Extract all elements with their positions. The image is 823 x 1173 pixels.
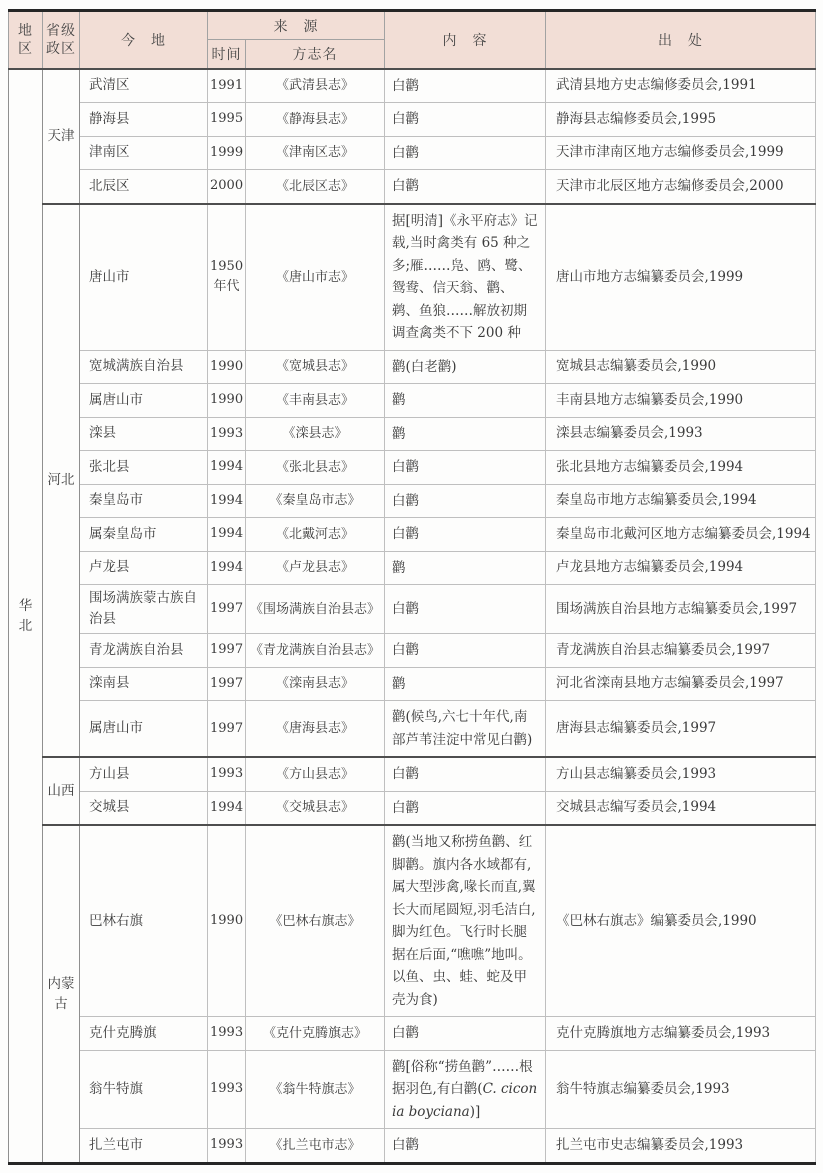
content-cell: 鹳 <box>385 417 546 451</box>
year-cell: 1994 <box>208 791 246 825</box>
gazetteer-name-cell: 《张北县志》 <box>246 451 385 485</box>
table-row: 河北唐山市1950 年代《唐山市志》据[明清]《永平府志》记载,当时禽类有 65… <box>9 204 816 351</box>
gazetteer-name-cell: 《交城县志》 <box>246 791 385 825</box>
year-cell: 1999 <box>208 136 246 170</box>
reference-cell: 交城县志编写委员会,1994 <box>546 791 816 825</box>
place-cell: 属唐山市 <box>80 701 208 758</box>
place-cell: 静海县 <box>80 103 208 137</box>
gazetteer-name-cell: 《扎兰屯市志》 <box>246 1129 385 1164</box>
content-cell: 白鹳 <box>385 451 546 485</box>
year-cell: 1997 <box>208 701 246 758</box>
reference-cell: 扎兰屯市史志编纂委员会,1993 <box>546 1129 816 1164</box>
gazetteer-name-cell: 《津南区志》 <box>246 136 385 170</box>
content-cell: 白鹳 <box>385 170 546 204</box>
reference-cell: 张北县地方志编纂委员会,1994 <box>546 451 816 485</box>
place-cell: 唐山市 <box>80 204 208 351</box>
place-cell: 滦县 <box>80 417 208 451</box>
content-cell: 白鹳 <box>385 585 546 634</box>
gazetteer-name-cell: 《克什克腾旗志》 <box>246 1017 385 1051</box>
gazetteer-name-cell: 《巴林右旗志》 <box>246 825 385 1017</box>
reference-cell: 静海县志编修委员会,1995 <box>546 103 816 137</box>
table-row: 围场满族蒙古族自治县1997《围场满族自治县志》白鹳围场满族自治县地方志编纂委员… <box>9 585 816 634</box>
table-row: 交城县1994《交城县志》白鹳交城县志编写委员会,1994 <box>9 791 816 825</box>
content-cell: 鹳(当地又称捞鱼鹳、红脚鹳。旗内各水域都有,属大型涉禽,喙长而直,翼长大而尾圆短… <box>385 825 546 1017</box>
reference-cell: 唐山市地方志编纂委员会,1999 <box>546 204 816 351</box>
reference-cell: 天津市北辰区地方志编修委员会,2000 <box>546 170 816 204</box>
year-cell: 1994 <box>208 451 246 485</box>
gazetteer-name-cell: 《滦县志》 <box>246 417 385 451</box>
gazetteer-name-cell: 《卢龙县志》 <box>246 551 385 585</box>
table-row: 华北天津武清区1991《武清县志》白鹳武清县地方史志编修委员会,1991 <box>9 69 816 103</box>
table-row: 北辰区2000《北辰区志》白鹳天津市北辰区地方志编修委员会,2000 <box>9 170 816 204</box>
reference-cell: 克什克腾旗地方志编纂委员会,1993 <box>546 1017 816 1051</box>
place-cell: 巴林右旗 <box>80 825 208 1017</box>
province-cell: 内蒙古 <box>43 825 80 1163</box>
content-cell: 白鹳 <box>385 791 546 825</box>
region-cell: 华北 <box>9 69 43 1164</box>
gazetteer-name-cell: 《滦南县志》 <box>246 667 385 701</box>
table-body: 华北天津武清区1991《武清县志》白鹳武清县地方史志编修委员会,1991静海县1… <box>9 69 816 1164</box>
table-row: 山西方山县1993《方山县志》白鹳方山县志编纂委员会,1993 <box>9 757 816 791</box>
content-cell: 鹳 <box>385 551 546 585</box>
place-cell: 交城县 <box>80 791 208 825</box>
table-row: 静海县1995《静海县志》白鹳静海县志编修委员会,1995 <box>9 103 816 137</box>
content-cell: 鹳(候鸟,六七十年代,南部芦苇洼淀中常见白鹳) <box>385 701 546 758</box>
content-cell: 鹳 <box>385 667 546 701</box>
gazetteer-name-cell: 《方山县志》 <box>246 757 385 791</box>
place-cell: 宽城满族自治县 <box>80 350 208 384</box>
gazetteer-name-cell: 《青龙满族自治县志》 <box>246 634 385 668</box>
place-cell: 围场满族蒙古族自治县 <box>80 585 208 634</box>
header-reference: 出 处 <box>546 11 816 69</box>
place-cell: 属唐山市 <box>80 384 208 418</box>
reference-cell: 秦皇岛市地方志编纂委员会,1994 <box>546 484 816 518</box>
content-cell: 白鹳 <box>385 518 546 552</box>
place-cell: 青龙满族自治县 <box>80 634 208 668</box>
content-text: )] <box>470 1104 481 1120</box>
place-cell: 翁牛特旗 <box>80 1050 208 1129</box>
gazetteer-name-cell: 《武清县志》 <box>246 69 385 103</box>
gazetteer-records-table: 地 区 省级 政区 今 地 来 源 内 容 出 处 时间 方志名 <box>8 9 816 1165</box>
table-row: 属唐山市1990《丰南县志》鹳丰南县地方志编纂委员会,1990 <box>9 384 816 418</box>
year-cell: 1993 <box>208 757 246 791</box>
table-row: 属秦皇岛市1994《北戴河志》白鹳秦皇岛市北戴河区地方志编纂委员会,1994 <box>9 518 816 552</box>
header-gazetteer-name: 方志名 <box>246 40 385 69</box>
year-cell: 1990 <box>208 825 246 1017</box>
table-row: 扎兰屯市1993《扎兰屯市志》白鹳扎兰屯市史志编纂委员会,1993 <box>9 1129 816 1164</box>
gazetteer-name-cell: 《翁牛特旗志》 <box>246 1050 385 1129</box>
table-row: 滦县1993《滦县志》鹳滦县志编纂委员会,1993 <box>9 417 816 451</box>
reference-cell: 秦皇岛市北戴河区地方志编纂委员会,1994 <box>546 518 816 552</box>
province-cell: 河北 <box>43 204 80 758</box>
gazetteer-name-cell: 《丰南县志》 <box>246 384 385 418</box>
table-row: 属唐山市1997《唐海县志》鹳(候鸟,六七十年代,南部芦苇洼淀中常见白鹳)唐海县… <box>9 701 816 758</box>
table-row: 克什克腾旗1993《克什克腾旗志》白鹳克什克腾旗地方志编纂委员会,1993 <box>9 1017 816 1051</box>
region-label-line: 华 <box>11 596 40 616</box>
reference-cell: 滦县志编纂委员会,1993 <box>546 417 816 451</box>
content-cell: 白鹳 <box>385 634 546 668</box>
content-cell: 据[明清]《永平府志》记载,当时禽类有 65 种之多;雁……凫、鸥、鹭、鸳鸯、信… <box>385 204 546 351</box>
content-cell: 白鹳 <box>385 757 546 791</box>
header-province: 省级 政区 <box>43 11 80 69</box>
place-cell: 属秦皇岛市 <box>80 518 208 552</box>
region-label-line: 北 <box>11 616 40 636</box>
gazetteer-name-cell: 《宽城县志》 <box>246 350 385 384</box>
table-row: 秦皇岛市1994《秦皇岛市志》白鹳秦皇岛市地方志编纂委员会,1994 <box>9 484 816 518</box>
content-cell: 白鹳 <box>385 1017 546 1051</box>
table-row: 津南区1999《津南区志》白鹳天津市津南区地方志编修委员会,1999 <box>9 136 816 170</box>
reference-cell: 卢龙县地方志编纂委员会,1994 <box>546 551 816 585</box>
header-content: 内 容 <box>385 11 546 69</box>
reference-cell: 武清县地方史志编修委员会,1991 <box>546 69 816 103</box>
header-region-line2: 区 <box>9 40 42 58</box>
place-cell: 张北县 <box>80 451 208 485</box>
place-cell: 滦南县 <box>80 667 208 701</box>
reference-cell: 翁牛特旗志编纂委员会,1993 <box>546 1050 816 1129</box>
gazetteer-name-cell: 《静海县志》 <box>246 103 385 137</box>
year-cell: 1993 <box>208 1050 246 1129</box>
year-cell: 1994 <box>208 551 246 585</box>
content-cell: 白鹳 <box>385 1129 546 1164</box>
place-cell: 克什克腾旗 <box>80 1017 208 1051</box>
content-cell: 白鹳 <box>385 69 546 103</box>
year-cell: 1990 <box>208 384 246 418</box>
content-cell: 鹳 <box>385 384 546 418</box>
header-province-line1: 省级 <box>43 22 79 40</box>
content-cell: 白鹳 <box>385 484 546 518</box>
year-cell: 1997 <box>208 634 246 668</box>
province-cell: 山西 <box>43 757 80 825</box>
table-row: 滦南县1997《滦南县志》鹳河北省滦南县地方志编纂委员会,1997 <box>9 667 816 701</box>
year-cell: 1990 <box>208 350 246 384</box>
reference-cell: 围场满族自治县地方志编纂委员会,1997 <box>546 585 816 634</box>
year-cell: 2000 <box>208 170 246 204</box>
reference-cell: 天津市津南区地方志编修委员会,1999 <box>546 136 816 170</box>
reference-cell: 《巴林右旗志》编纂委员会,1990 <box>546 825 816 1017</box>
table-row: 内蒙古巴林右旗1990《巴林右旗志》鹳(当地又称捞鱼鹳、红脚鹳。旗内各水域都有,… <box>9 825 816 1017</box>
reference-cell: 河北省滦南县地方志编纂委员会,1997 <box>546 667 816 701</box>
gazetteer-name-cell: 《围场满族自治县志》 <box>246 585 385 634</box>
year-cell: 1995 <box>208 103 246 137</box>
content-cell: 白鹳 <box>385 136 546 170</box>
province-cell: 天津 <box>43 69 80 204</box>
year-cell: 1993 <box>208 1017 246 1051</box>
place-cell: 卢龙县 <box>80 551 208 585</box>
year-cell: 1991 <box>208 69 246 103</box>
content-cell: 鹳[俗称“捞鱼鹳”……根据羽色,有白鹳(C. ciconia boyciana)… <box>385 1050 546 1129</box>
table-row: 宽城满族自治县1990《宽城县志》鹳(白老鹳)宽城县志编纂委员会,1990 <box>9 350 816 384</box>
year-cell: 1994 <box>208 484 246 518</box>
gazetteer-name-cell: 《北辰区志》 <box>246 170 385 204</box>
year-cell: 1994 <box>208 518 246 552</box>
year-cell: 1950 年代 <box>208 204 246 351</box>
year-cell: 1997 <box>208 585 246 634</box>
header-region-line1: 地 <box>9 22 42 40</box>
header-place: 今 地 <box>80 11 208 69</box>
place-cell: 津南区 <box>80 136 208 170</box>
year-cell: 1993 <box>208 417 246 451</box>
header-time: 时间 <box>208 40 246 69</box>
reference-cell: 丰南县地方志编纂委员会,1990 <box>546 384 816 418</box>
reference-cell: 青龙满族自治县志编纂委员会,1997 <box>546 634 816 668</box>
table-row: 翁牛特旗1993《翁牛特旗志》鹳[俗称“捞鱼鹳”……根据羽色,有白鹳(C. ci… <box>9 1050 816 1129</box>
header-province-line2: 政区 <box>43 40 79 58</box>
header-region: 地 区 <box>9 11 43 69</box>
place-cell: 方山县 <box>80 757 208 791</box>
place-cell: 扎兰屯市 <box>80 1129 208 1164</box>
header-source-group: 来 源 <box>208 11 385 40</box>
reference-cell: 唐海县志编纂委员会,1997 <box>546 701 816 758</box>
reference-cell: 宽城县志编纂委员会,1990 <box>546 350 816 384</box>
table-row: 青龙满族自治县1997《青龙满族自治县志》白鹳青龙满族自治县志编纂委员会,199… <box>9 634 816 668</box>
gazetteer-name-cell: 《唐山市志》 <box>246 204 385 351</box>
place-cell: 北辰区 <box>80 170 208 204</box>
place-cell: 武清区 <box>80 69 208 103</box>
table-row: 卢龙县1994《卢龙县志》鹳卢龙县地方志编纂委员会,1994 <box>9 551 816 585</box>
document-page: 地 区 省级 政区 今 地 来 源 内 容 出 处 时间 方志名 <box>0 0 823 1173</box>
table-header: 地 区 省级 政区 今 地 来 源 内 容 出 处 时间 方志名 <box>9 11 816 69</box>
gazetteer-name-cell: 《秦皇岛市志》 <box>246 484 385 518</box>
year-cell: 1997 <box>208 667 246 701</box>
content-cell: 白鹳 <box>385 103 546 137</box>
year-cell: 1993 <box>208 1129 246 1164</box>
content-cell: 鹳(白老鹳) <box>385 350 546 384</box>
reference-cell: 方山县志编纂委员会,1993 <box>546 757 816 791</box>
gazetteer-name-cell: 《唐海县志》 <box>246 701 385 758</box>
place-cell: 秦皇岛市 <box>80 484 208 518</box>
gazetteer-name-cell: 《北戴河志》 <box>246 518 385 552</box>
table-row: 张北县1994《张北县志》白鹳张北县地方志编纂委员会,1994 <box>9 451 816 485</box>
